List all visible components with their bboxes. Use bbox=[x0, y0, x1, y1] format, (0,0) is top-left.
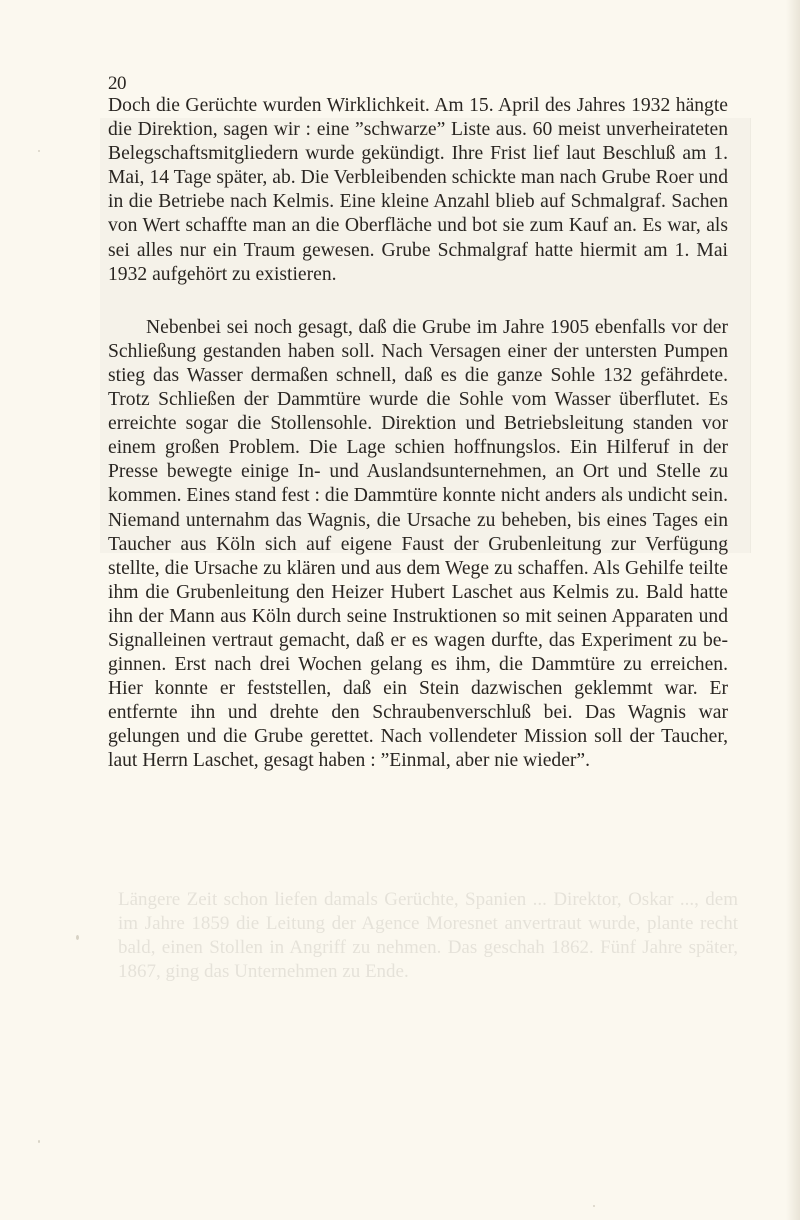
paper-speck bbox=[593, 1205, 595, 1207]
paper-speck bbox=[38, 1140, 40, 1143]
reverse-side-text-showthrough: Längere Zeit schon liefen damals Gerücht… bbox=[118, 888, 738, 984]
page-edge-shadow bbox=[786, 0, 800, 1220]
paper-speck bbox=[76, 935, 79, 940]
paragraph-gruechte-schliessung: Doch die Gerüchte wurden Wirklichkeit. A… bbox=[108, 94, 728, 287]
paragraph-taucher-1905: Nebenbei sei noch gesagt, daß die Grube … bbox=[108, 316, 728, 774]
page-number: 20 bbox=[108, 72, 126, 96]
body-text: Doch die Gerüchte wurden Wirklichkeit. A… bbox=[108, 94, 728, 774]
paper-speck bbox=[38, 150, 40, 152]
